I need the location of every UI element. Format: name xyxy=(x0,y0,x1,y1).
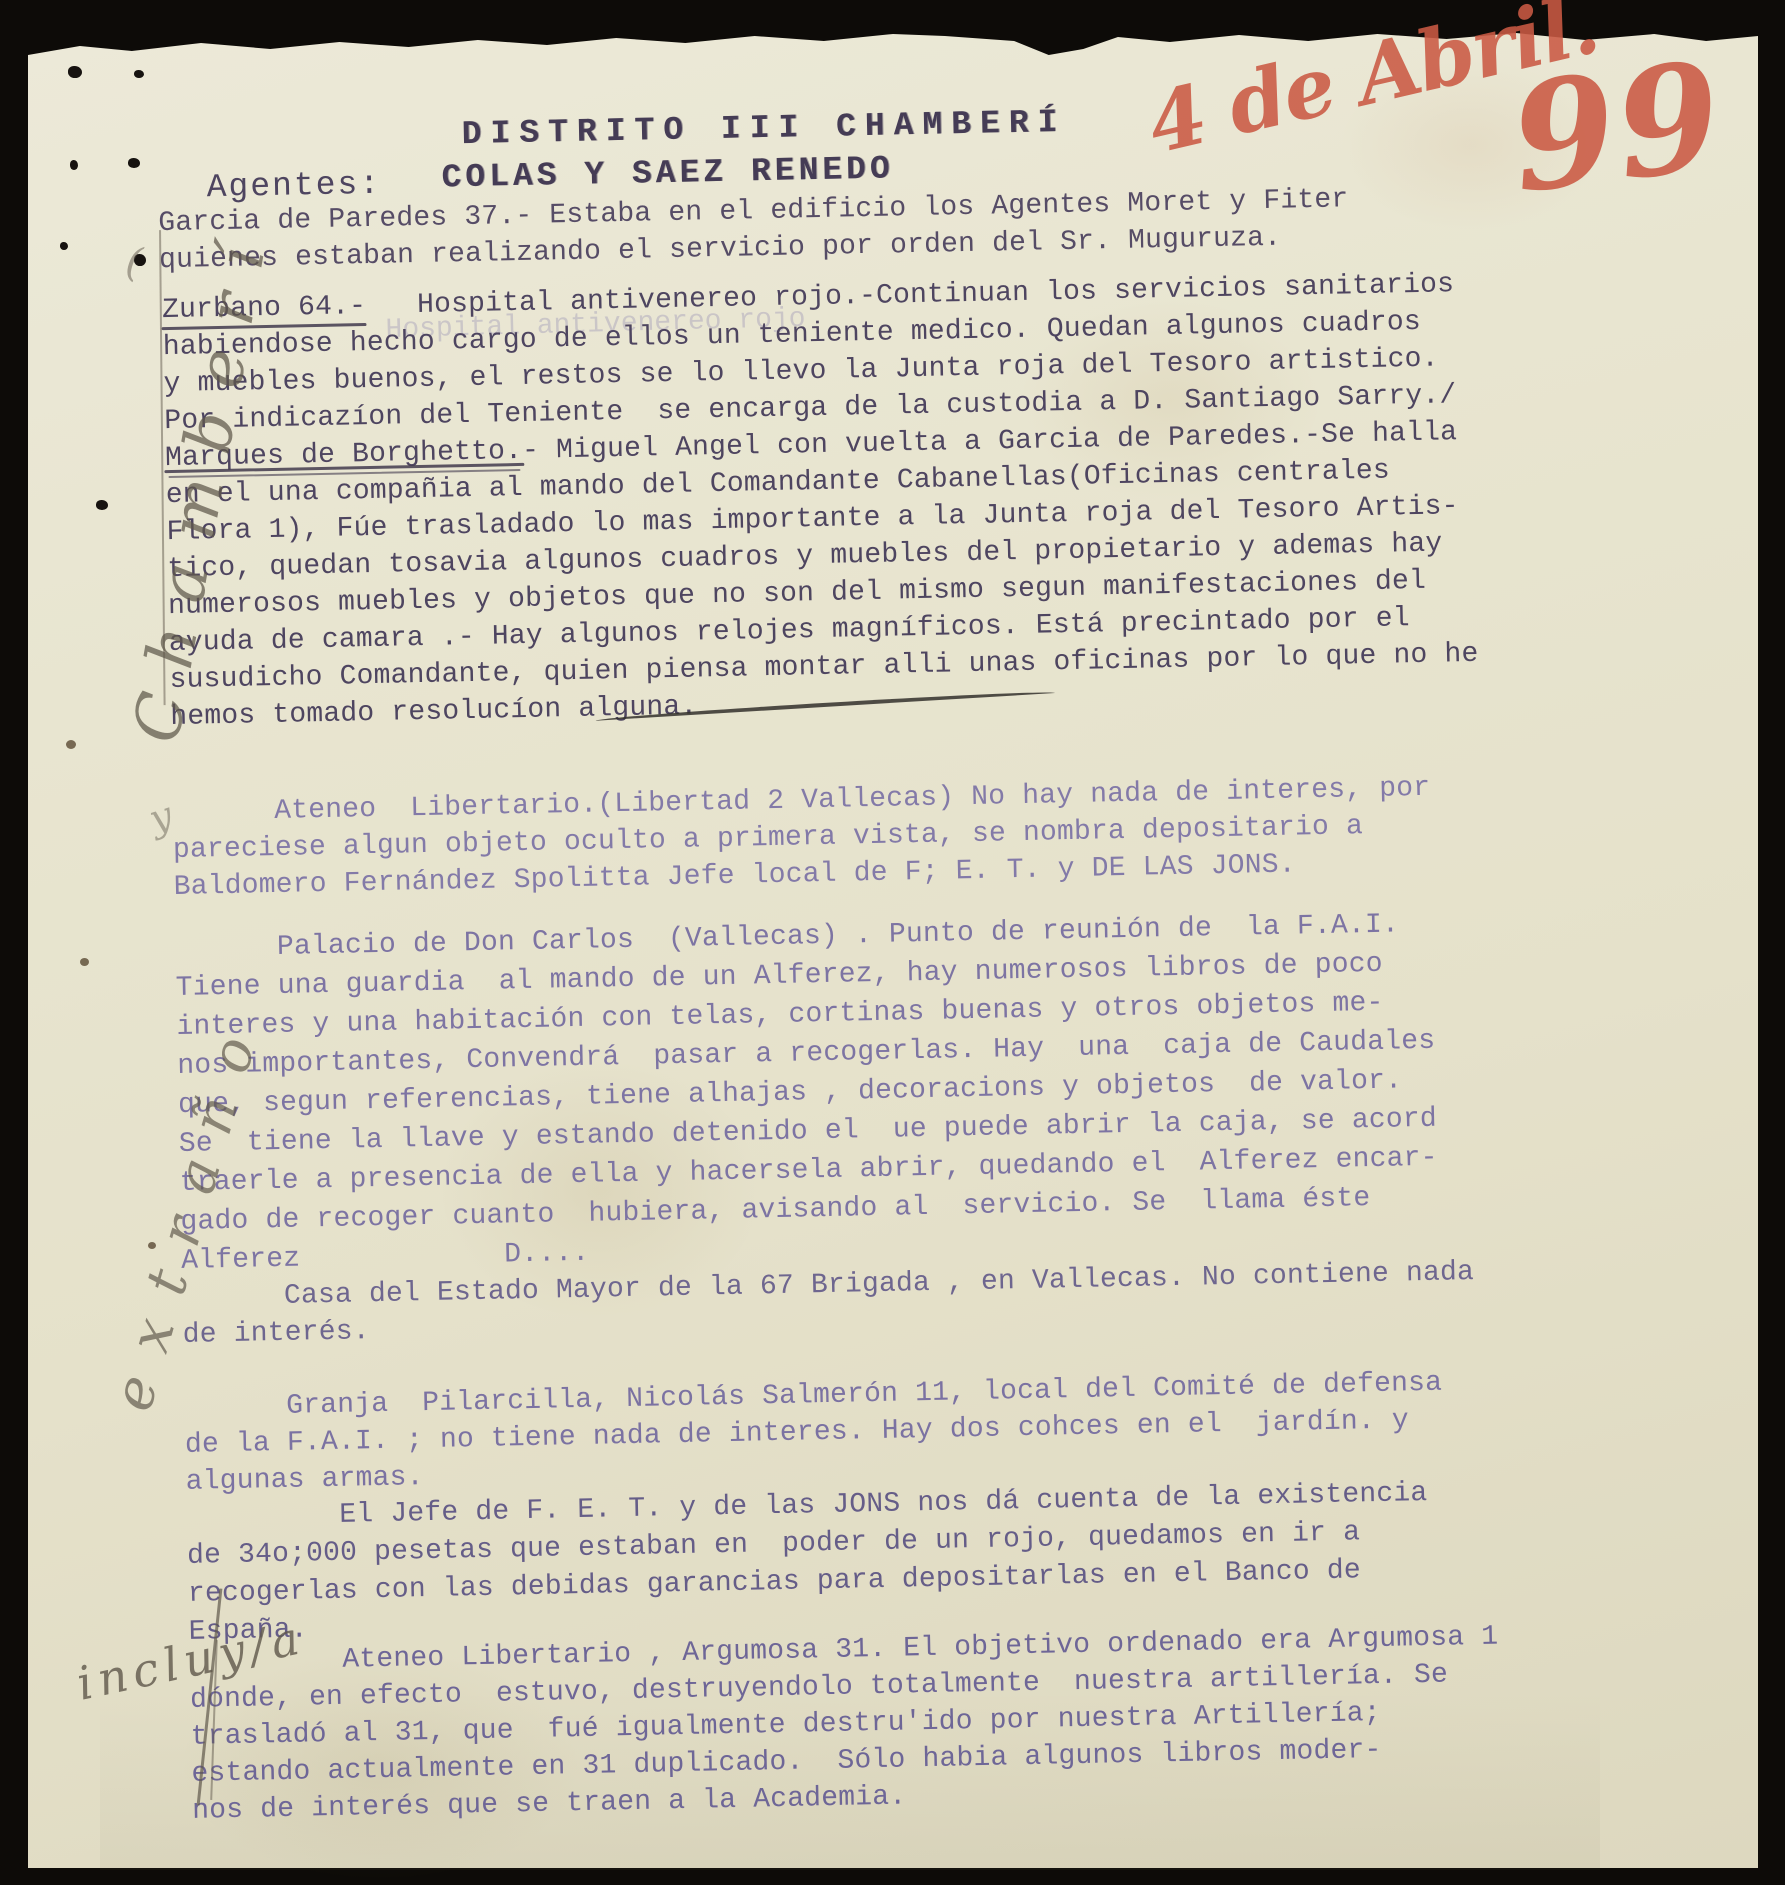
page-title: DISTRITO III CHAMBERÍ xyxy=(461,104,1066,153)
paragraph-zurbano-64: Zurbano 64.- Hospital antivenereo rojo.-… xyxy=(162,266,1480,736)
agents-names: COLAS Y SAEZ RENEDO xyxy=(441,150,894,196)
paragraph-ateneo-argumosa: Ateneo Libertario , Argumosa 31. El obje… xyxy=(189,1619,1502,1830)
paragraph-palacio-don-carlos: Palacio de Don Carlos (Vallecas) . Punto… xyxy=(175,905,1440,1281)
agents-label: Agentes: xyxy=(206,166,381,206)
scanned-document-page: { "document": { "kind": "typewritten rep… xyxy=(0,0,1785,1885)
red-year-annotation: 99 xyxy=(1502,28,1732,226)
paragraph-ateneo-libertad: Ateneo Libertario.(Libertad 2 Vallecas) … xyxy=(172,770,1432,906)
